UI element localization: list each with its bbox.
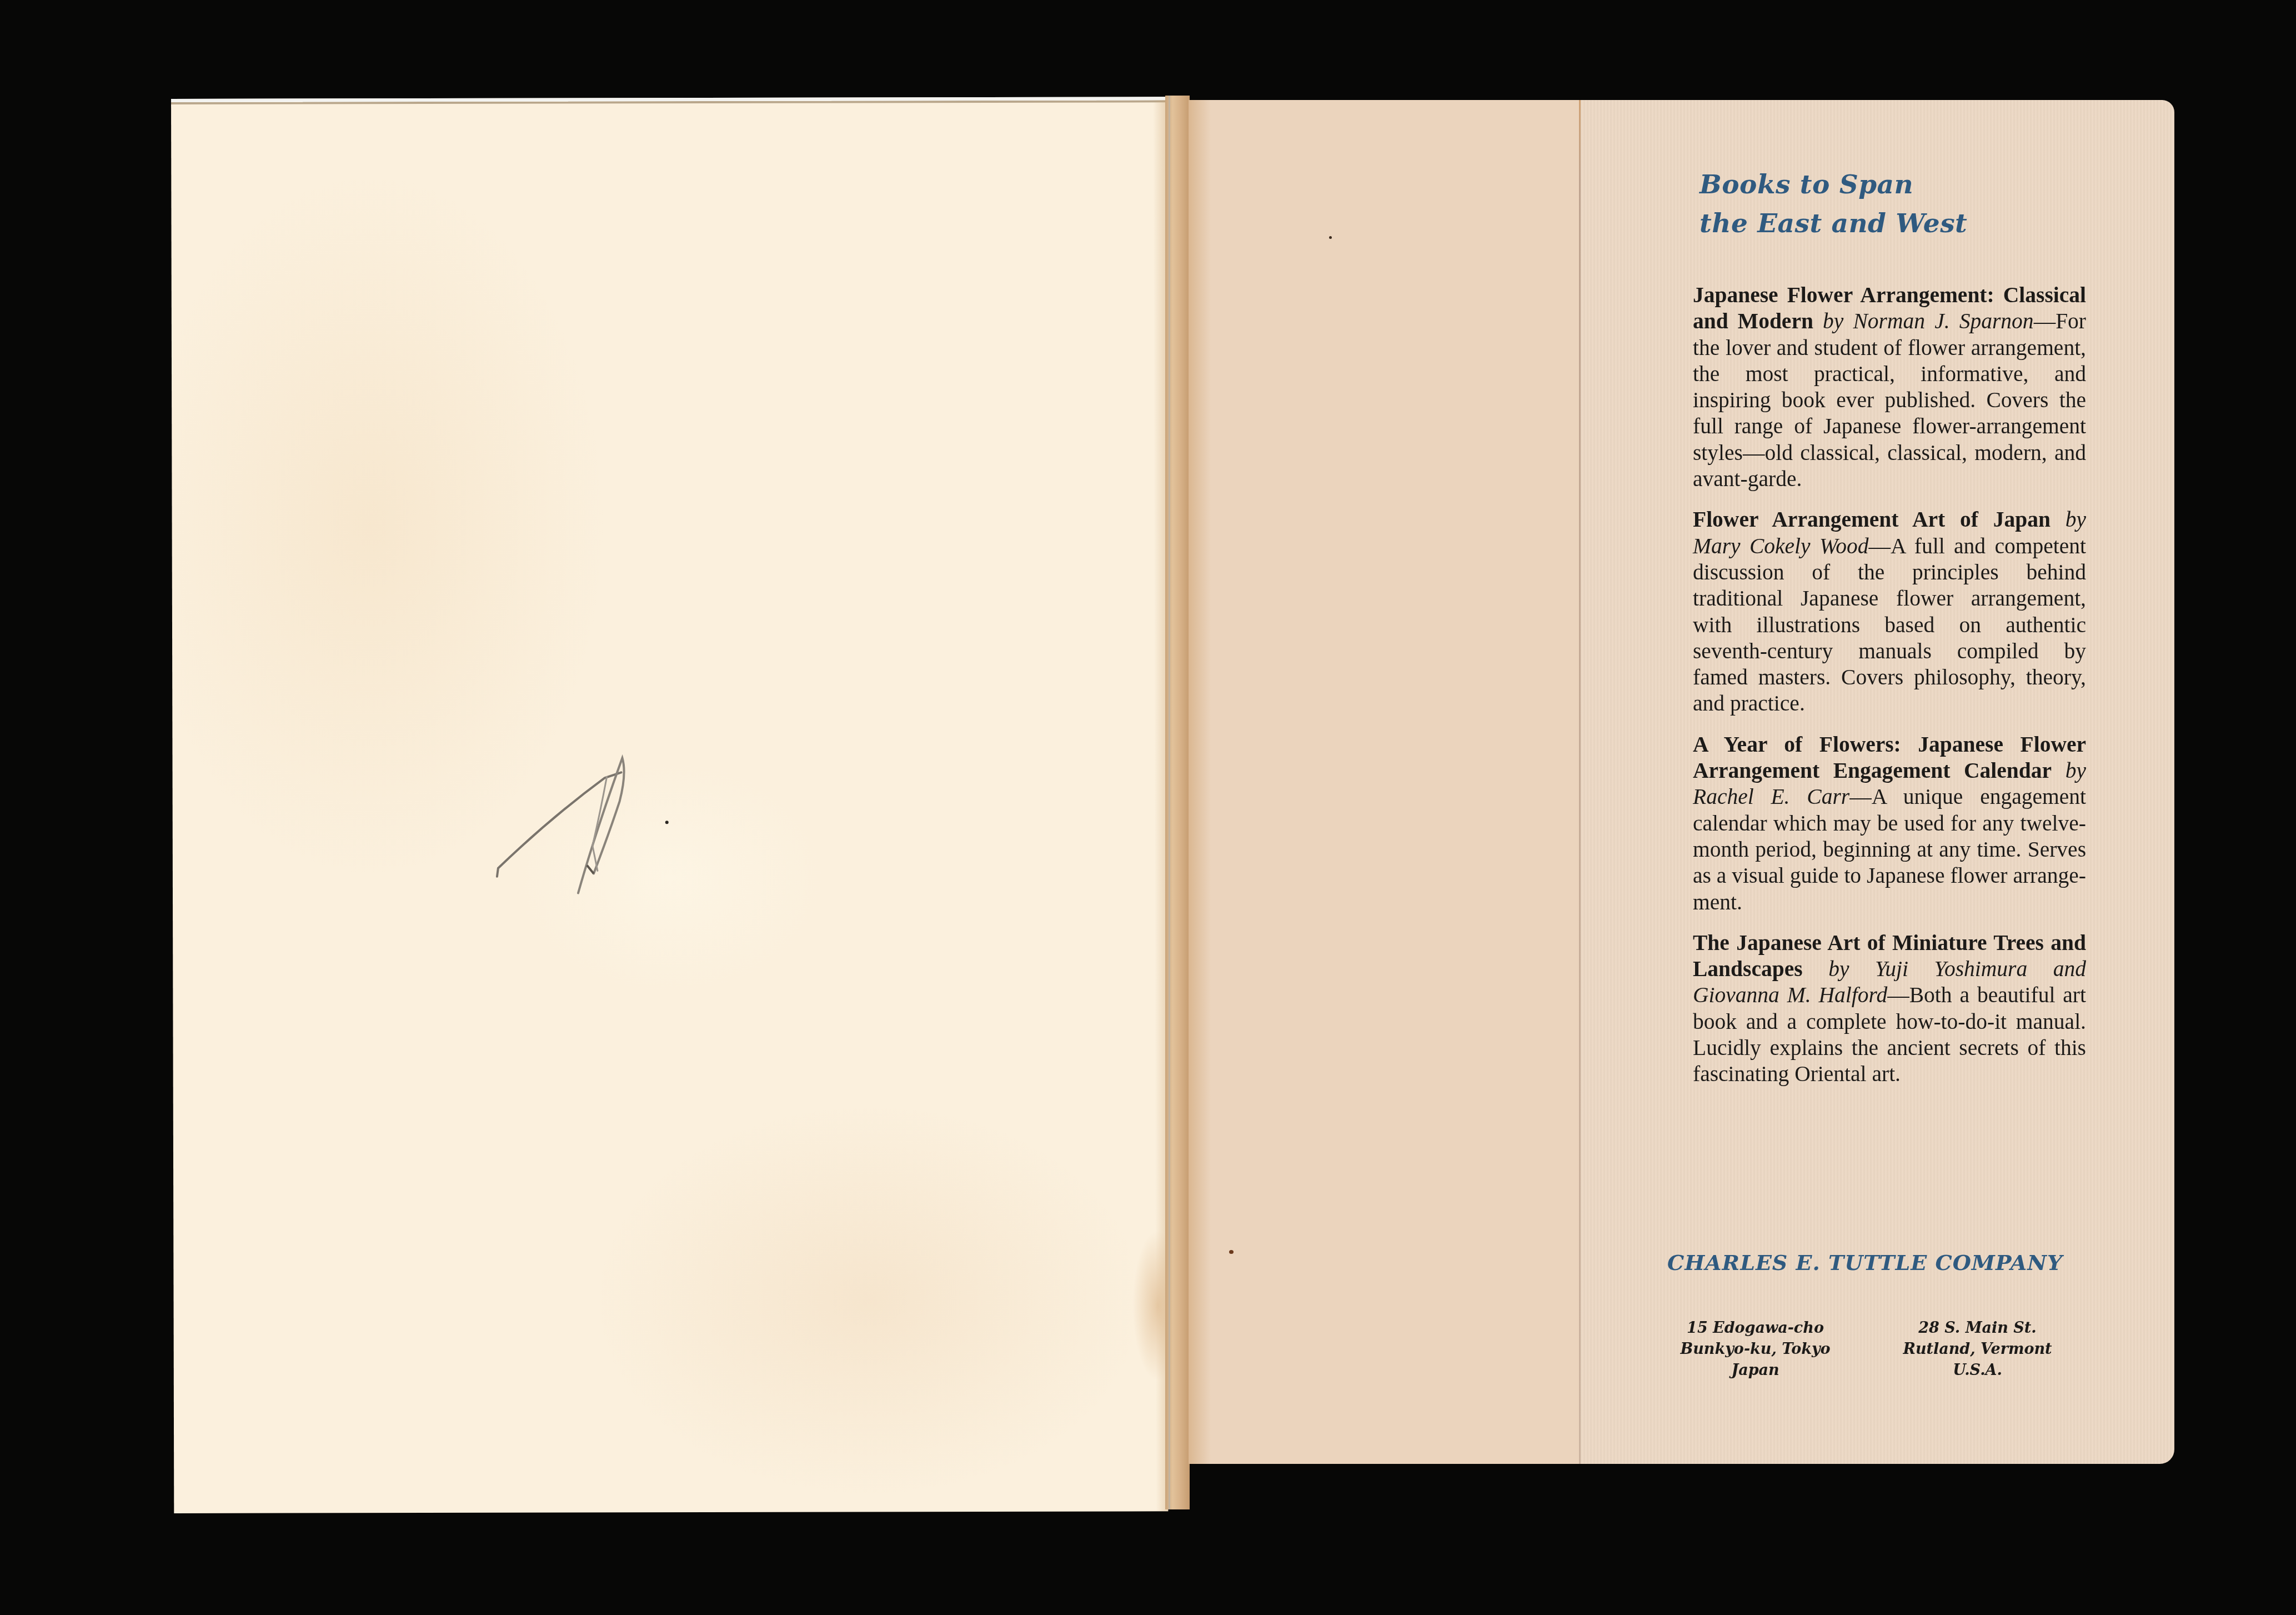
book-title: Flower Arrangement Art of Japan — [1693, 507, 2051, 532]
address-line: 15 Edogawa-cho — [1680, 1318, 1830, 1339]
publisher-name: CHARLES E. TUTTLE COMPANY — [1643, 1250, 2087, 1275]
headline-line-1: Books to Span — [1700, 169, 1913, 200]
flap-fold-line — [1579, 100, 1581, 1464]
paper-speck — [1329, 236, 1332, 239]
address-line: 28 S. Main St. — [1903, 1318, 2052, 1339]
address-line: Rutland, Vermont — [1903, 1339, 2052, 1360]
book-entry: A Year of Flowers: Japanese Flower Arran… — [1693, 732, 2086, 916]
address-line: Bunkyo-ku, Tokyo — [1680, 1339, 1830, 1360]
address-line: U.S.A. — [1903, 1360, 2052, 1381]
address-line: Japan — [1680, 1360, 1830, 1381]
book-entry: Japanese Flower Arrangement: Clas­sical … — [1693, 282, 2086, 492]
book-entry: Flower Arrangement Art of Japan by Mary … — [1693, 507, 2086, 717]
book-list-column: Books to Span the East and West Japanese… — [1693, 166, 2086, 1088]
book-description: —A full and competent discussion of the … — [1693, 534, 2086, 716]
address-tokyo: 15 Edogawa-cho Bunkyo-ku, Tokyo Japan — [1680, 1318, 1830, 1381]
right-page-back-cover: Books to Span the East and West Japanese… — [1189, 100, 2174, 1464]
headline-line-2: the East and West — [1700, 208, 1967, 239]
spine-gutter — [1165, 96, 1190, 1509]
headline: Books to Span the East and West — [1700, 166, 2086, 243]
book-title: A Year of Flowers: Japanese Flower Arran… — [1693, 732, 2086, 783]
pencil-mark-icon — [483, 740, 684, 918]
book-entry: The Japanese Art of Miniature Trees and … — [1693, 930, 2086, 1088]
paper-speck — [1229, 1250, 1234, 1254]
gutter-stain — [1189, 100, 1211, 1464]
scanned-booklet-spread: Books to Span the East and West Japanese… — [0, 0, 2296, 1615]
publisher-addresses: 15 Edogawa-cho Bunkyo-ku, Tokyo Japan 28… — [1644, 1318, 2088, 1381]
book-description: —For the lover and student of flower arr… — [1693, 309, 2086, 491]
book-author: by Norman J. Sparnon — [1823, 309, 2034, 333]
left-page-blank — [171, 97, 1168, 1513]
inner-flap-panel — [1189, 100, 1579, 1464]
water-stain — [1117, 1189, 1168, 1422]
address-vermont: 28 S. Main St. Rutland, Vermont U.S.A. — [1903, 1318, 2052, 1381]
